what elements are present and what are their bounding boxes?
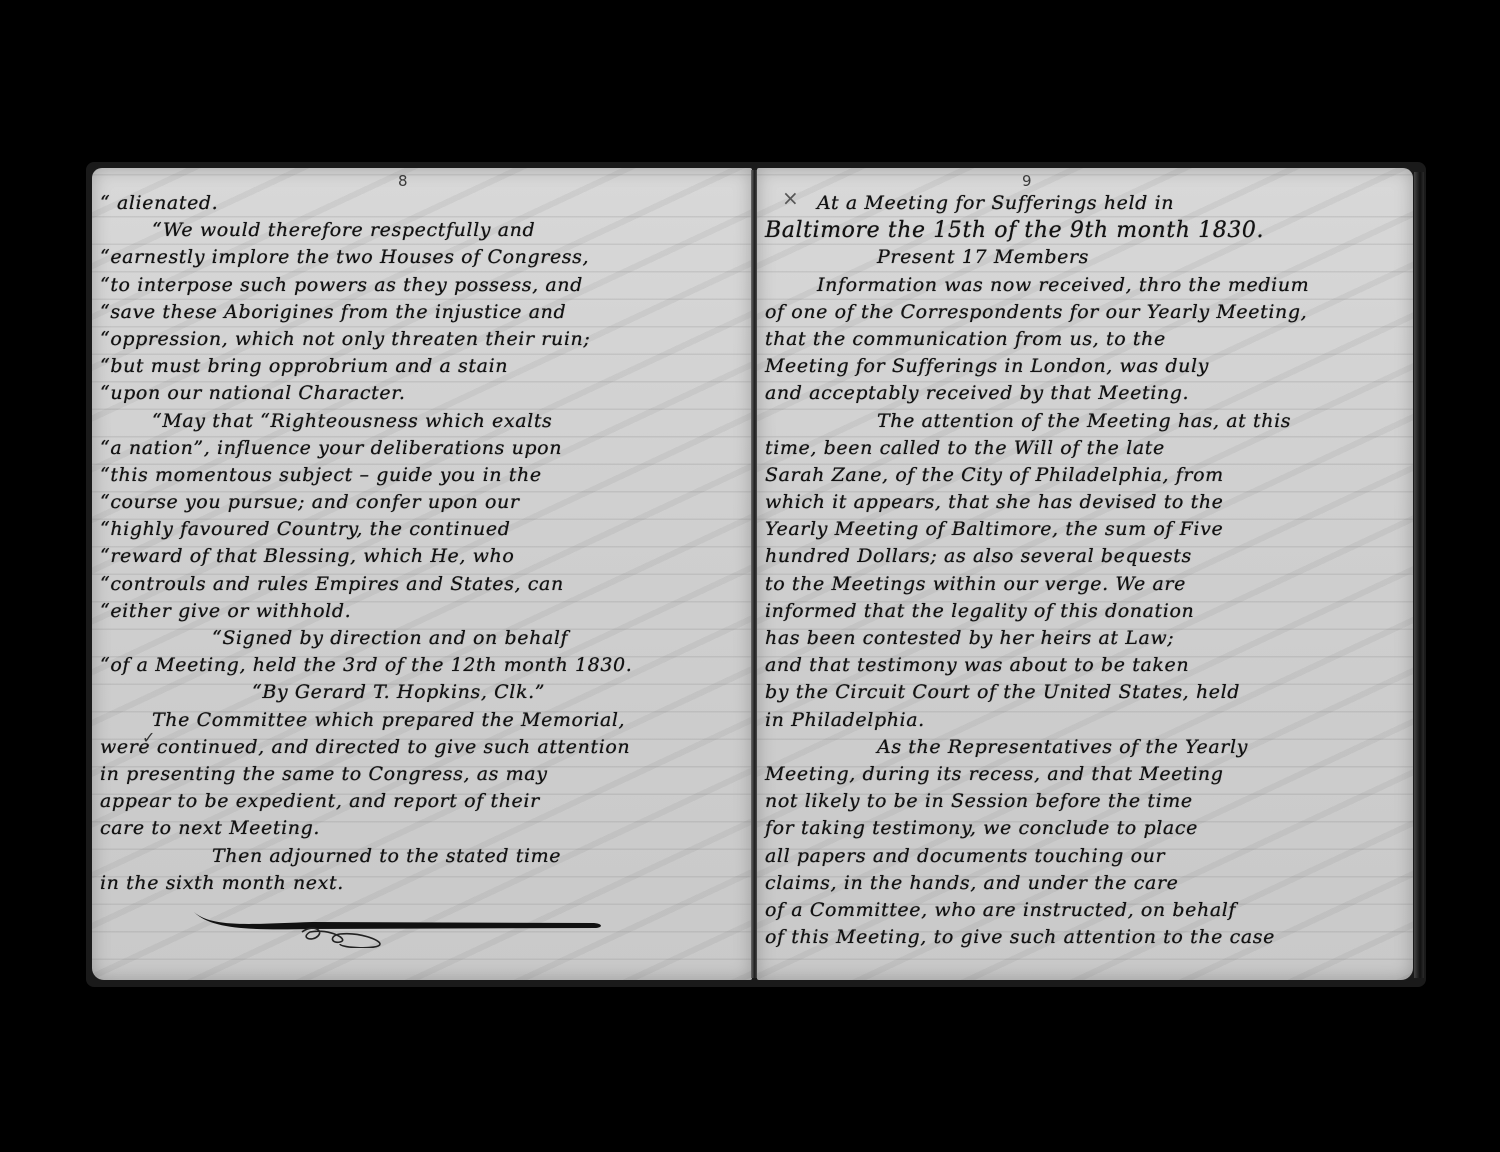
left-page-text: “ alienated. “We would therefore respect… [92,190,752,897]
text-line: “We would therefore respectfully and [92,217,752,244]
text-line: Information was now received, thro the m… [757,272,1413,299]
text-line: for taking testimony, we conclude to pla… [757,815,1413,842]
text-line: care to next Meeting. [92,815,752,842]
text-line: in presenting the same to Congress, as m… [92,761,752,788]
text-line: of this Meeting, to give such attention … [757,924,1413,951]
text-line: all papers and documents touching our [757,843,1413,870]
text-line: to the Meetings within our verge. We are [757,571,1413,598]
text-line: informed that the legality of this donat… [757,598,1413,625]
left-page: 8 ✓ “ alienated. “We would therefore res… [92,168,752,980]
closing-flourish-icon [192,908,612,948]
text-line: “Signed by direction and on behalf [92,625,752,652]
text-line: of one of the Correspondents for our Yea… [757,299,1413,326]
text-line: “controuls and rules Empires and States,… [92,571,752,598]
text-line: Yearly Meeting of Baltimore, the sum of … [757,516,1413,543]
text-line: The Committee which prepared the Memoria… [92,707,752,734]
page-number-right: 9 [1022,172,1032,190]
text-line: “this momentous subject – guide you in t… [92,462,752,489]
text-line: “save these Aborigines from the injustic… [92,299,752,326]
text-line: by the Circuit Court of the United State… [757,679,1413,706]
text-line: that the communication from us, to the [757,326,1413,353]
text-line: “May that “Righteousness which exalts [92,408,752,435]
text-line: in the sixth month next. [92,870,752,897]
text-line: “either give or withhold. [92,598,752,625]
text-line: The attention of the Meeting has, at thi… [757,408,1413,435]
text-line: which it appears, that she has devised t… [757,489,1413,516]
text-line: not likely to be in Session before the t… [757,788,1413,815]
attendance-line: Present 17 Members [757,244,1413,271]
text-line: hundred Dollars; as also several bequest… [757,543,1413,570]
signature-line: “By Gerard T. Hopkins, Clk.” [92,679,752,706]
text-line: “ alienated. [92,190,752,217]
text-line: “reward of that Blessing, which He, who [92,543,752,570]
text-line: “upon our national Character. [92,380,752,407]
text-line: “of a Meeting, held the 3rd of the 12th … [92,652,752,679]
text-line: “to interpose such powers as they posses… [92,272,752,299]
text-line: has been contested by her heirs at Law; [757,625,1413,652]
text-line: “but must bring opprobrium and a stain [92,353,752,380]
heading-line: At a Meeting for Sufferings held in [757,190,1413,217]
text-line: Sarah Zane, of the City of Philadelphia,… [757,462,1413,489]
text-line: “a nation”, influence your deliberations… [92,435,752,462]
text-line: “highly favoured Country, the continued [92,516,752,543]
text-line: were continued, and directed to give suc… [92,734,752,761]
heading-line: Baltimore the 15th of the 9th month 1830… [757,217,1413,244]
text-line: time, been called to the Will of the lat… [757,435,1413,462]
text-line: Meeting for Sufferings in London, was du… [757,353,1413,380]
text-line: “earnestly implore the two Houses of Con… [92,244,752,271]
text-line: Meeting, during its recess, and that Mee… [757,761,1413,788]
text-line: and that testimony was about to be taken [757,652,1413,679]
text-line: in Philadelphia. [757,707,1413,734]
page-number-left: 8 [398,172,408,190]
text-line: “oppression, which not only threaten the… [92,326,752,353]
right-page: × 9 At a Meeting for Sufferings held in … [757,168,1413,980]
page-stack-edge [1414,172,1424,978]
text-line: of a Committee, who are instructed, on b… [757,897,1413,924]
text-line: As the Representatives of the Yearly [757,734,1413,761]
text-line: appear to be expedient, and report of th… [92,788,752,815]
text-line: “course you pursue; and confer upon our [92,489,752,516]
right-page-text: At a Meeting for Sufferings held in Balt… [757,190,1413,951]
text-line: Then adjourned to the stated time [92,843,752,870]
text-line: and acceptably received by that Meeting. [757,380,1413,407]
text-line: claims, in the hands, and under the care [757,870,1413,897]
